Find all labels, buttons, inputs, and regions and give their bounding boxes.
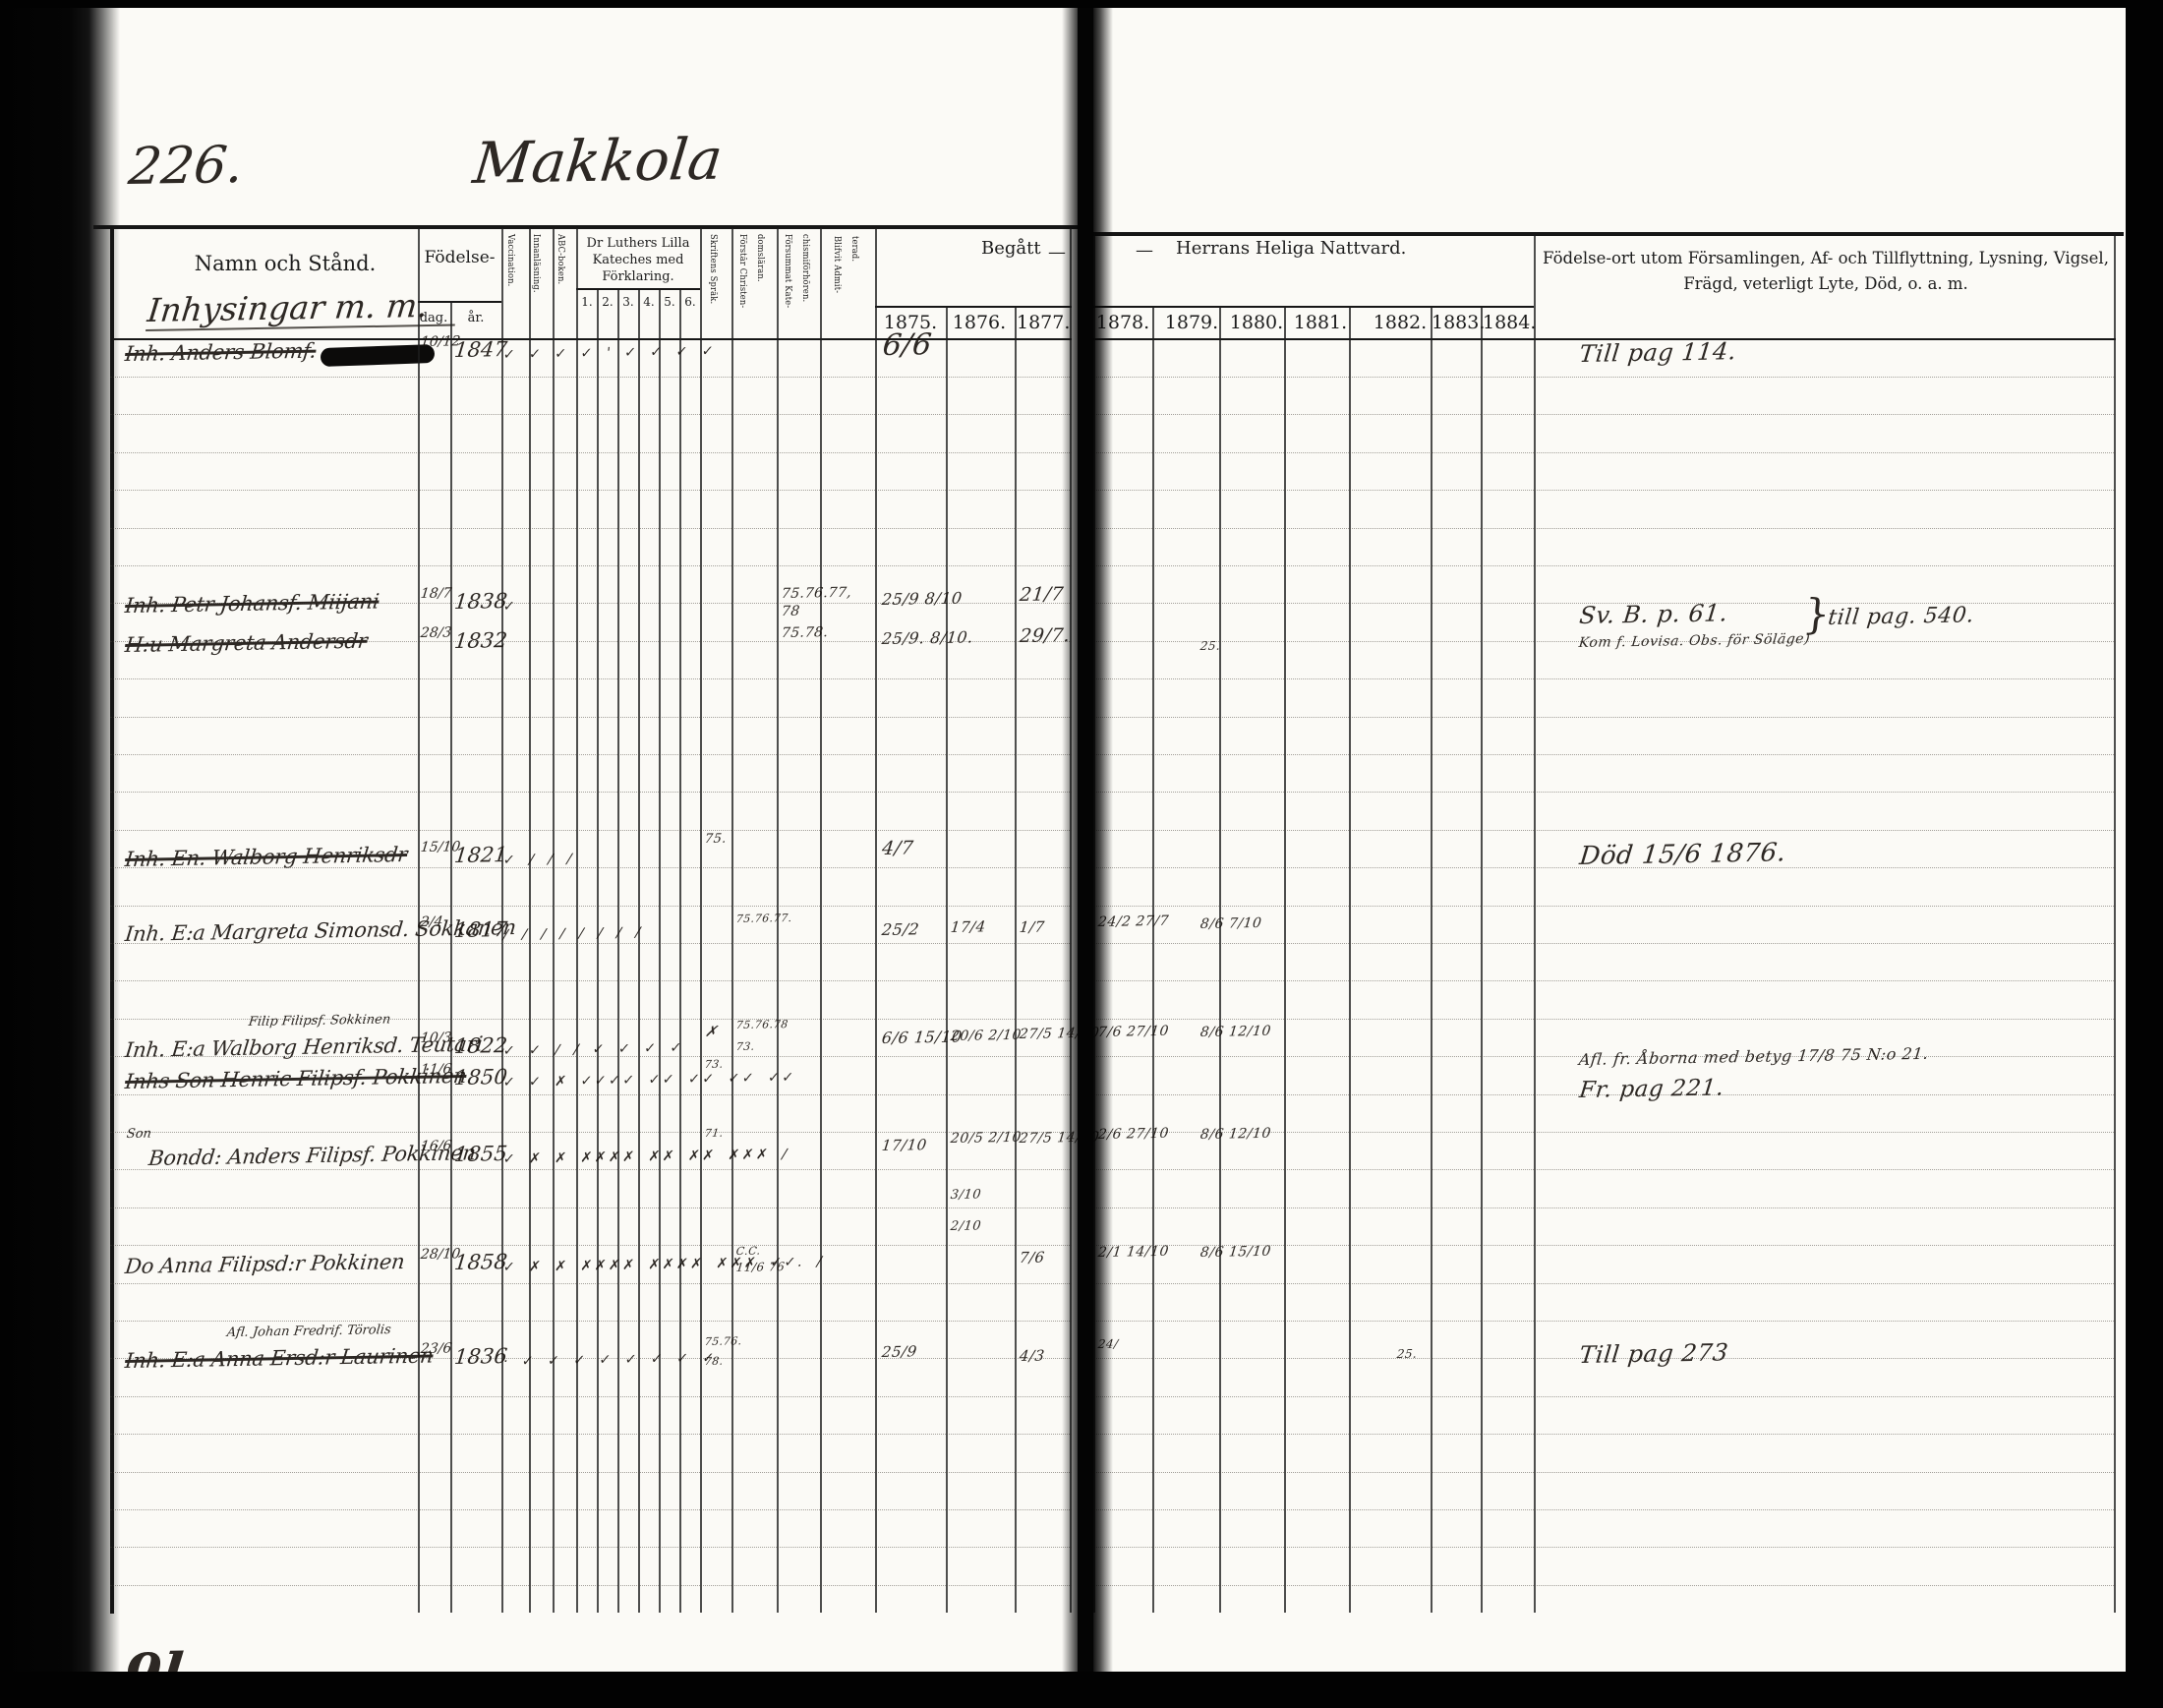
handwritten-annotation: 25/2 xyxy=(881,919,920,939)
column-line xyxy=(731,228,733,1613)
ruled-line xyxy=(110,1585,1072,1586)
ruled-line xyxy=(1093,792,2116,793)
handwritten-annotation: ✗ xyxy=(704,1023,719,1040)
handwritten-annotation: 75. xyxy=(704,832,728,847)
column-line xyxy=(1015,307,1017,1613)
year-1882: 1882. xyxy=(1373,312,1428,333)
handwritten-annotation: 21/7 xyxy=(1019,583,1065,606)
admitted-header-line1: Blifvit Admit- xyxy=(832,236,842,293)
column-line xyxy=(679,290,681,1613)
ruled-line xyxy=(1093,678,2116,679)
section-heading: Inhysingar m. m. xyxy=(146,286,459,331)
handwritten-annotation: 2/10 xyxy=(950,1218,982,1234)
handwritten-annotation: C.C. xyxy=(735,1245,761,1258)
column-line xyxy=(875,228,877,1613)
ruled-line xyxy=(1093,980,2116,981)
birth-year-entry: 1838 xyxy=(453,589,508,614)
birth-year-entry: 1858 xyxy=(453,1250,508,1274)
ruled-line xyxy=(110,490,1072,491)
birth-year-entry: 1821 xyxy=(453,843,508,867)
column-line xyxy=(1152,307,1154,1613)
handwritten-annotation: 4/3 xyxy=(1019,1347,1046,1365)
handwritten-annotation: 8/6 12/10 xyxy=(1199,1024,1272,1040)
ruled-line xyxy=(110,754,1072,755)
column-line xyxy=(576,228,578,1613)
handwritten-remark: till pag. 540. xyxy=(1827,603,1975,630)
handwritten-annotation: 17/4 xyxy=(950,917,987,936)
column-line xyxy=(450,301,452,1613)
missed-examination-header-line2: chismiförhören. xyxy=(800,234,810,302)
ruled-line xyxy=(1093,528,2116,529)
year-1876: 1876. xyxy=(950,312,1009,333)
column-line xyxy=(1481,307,1483,1613)
catechism-sub-1: 1. xyxy=(577,295,597,309)
column-line xyxy=(700,228,702,1613)
admitted-header-line2: terad. xyxy=(849,236,859,262)
handwritten-name-entry: H:u Margreta Andersdr xyxy=(124,629,369,657)
ruled-line xyxy=(110,1547,1072,1548)
ruled-line xyxy=(1093,414,2116,415)
year-1881: 1881. xyxy=(1292,312,1349,333)
year-1883: 1883. xyxy=(1432,312,1481,333)
ruled-line xyxy=(1093,1509,2116,1510)
birth-year-entry: 1832 xyxy=(453,628,508,653)
handwritten-remark: Fr. pag 221. xyxy=(1578,1075,1725,1103)
understands-doctrine-header-line2: domsläran. xyxy=(755,234,765,282)
check-marks-entry: / / / / / / / / xyxy=(502,925,643,943)
handwritten-annotation: 25/9. 8/10. xyxy=(881,627,974,648)
handwritten-annotation: 8/6 12/10 xyxy=(1199,1126,1272,1143)
ruled-line xyxy=(110,1472,1072,1473)
handwritten-remark: Till pag 273 xyxy=(1578,1338,1729,1369)
ruled-line xyxy=(110,906,1072,907)
communion-left-header: Begått xyxy=(981,238,1041,259)
handwritten-annotation: 25/9 xyxy=(881,1342,918,1361)
column-line xyxy=(1431,307,1432,1613)
birth-day-entry: 18/7 xyxy=(420,585,452,602)
birth-year-entry: 1855 xyxy=(453,1142,508,1166)
ruled-line xyxy=(110,1169,1072,1170)
birth-year-entry: 1836 xyxy=(453,1344,508,1369)
column-line xyxy=(597,290,599,1613)
handwritten-annotation: 73. xyxy=(704,1058,724,1071)
birth-column-header: Födelse- xyxy=(418,248,501,267)
ruled-line xyxy=(1093,1396,2116,1397)
handwritten-remark: Död 15/6 1876. xyxy=(1578,838,1787,871)
ruled-line xyxy=(1093,717,2116,718)
column-line xyxy=(1534,236,1536,1613)
handwritten-name-entry: Inh. En. Walborg Henriksdr xyxy=(124,843,408,871)
birth-day-entry: 2/4 xyxy=(420,914,443,930)
column-line xyxy=(1284,307,1286,1613)
handwritten-annotation: 75.76.77, xyxy=(781,585,852,602)
handwritten-annotation: 7/6 xyxy=(1019,1249,1046,1266)
ruled-line xyxy=(1093,452,2116,453)
handwritten-annotation: 4/7 xyxy=(881,837,914,859)
ruled-line xyxy=(110,1245,1072,1246)
birth-year-entry: 1817 xyxy=(453,917,508,942)
scan-bottom-edge xyxy=(0,1672,2163,1708)
handwritten-annotation: 75.76.77. xyxy=(735,912,792,925)
check-marks-entry: ✓ / / / xyxy=(502,852,575,868)
birth-day-entry: 10/3 xyxy=(420,1030,452,1046)
handwritten-remark: Sv. B. p. 61. xyxy=(1578,599,1729,629)
handwritten-annotation: 11/6 76 xyxy=(735,1260,786,1274)
handwritten-annotation: 8/6 7/10 xyxy=(1199,915,1262,932)
column-line xyxy=(2114,236,2116,1613)
ruled-line xyxy=(110,1283,1072,1284)
handwritten-note-above: Son xyxy=(126,1127,152,1142)
birth-year-entry: 1822 xyxy=(453,1033,508,1058)
begatt-underline xyxy=(875,306,1072,308)
handwritten-annotation: 25/9 8/10 xyxy=(881,589,964,609)
communion-right-header: Herrans Heliga Nattvard. xyxy=(1176,238,1406,259)
ruled-line xyxy=(1093,1472,2116,1473)
ruled-line xyxy=(110,1509,1072,1510)
handwritten-name-entry: Do Anna Filipsd:r Pokkinen xyxy=(124,1250,406,1278)
ruled-line xyxy=(1093,943,2116,944)
handwritten-annotation: 75.78. xyxy=(781,624,829,641)
ruled-line xyxy=(1093,906,2116,907)
handwritten-name-entry: Inh. Petr Johansf. Miijani xyxy=(124,590,380,618)
missed-examination-header-line1: Försummat Kate- xyxy=(783,234,792,308)
handwritten-annotation: 20/5 2/10 xyxy=(950,1130,1023,1147)
column-line xyxy=(553,228,555,1613)
ruled-line xyxy=(1093,377,2116,378)
table-top-border-left xyxy=(93,225,1079,229)
year-1877: 1877. xyxy=(1017,312,1068,333)
catechism-sub-3: 3. xyxy=(618,295,638,309)
ruled-line xyxy=(1093,1207,2116,1208)
ruled-line xyxy=(1093,1585,2116,1586)
handwritten-annotation: 8/6 15/10 xyxy=(1199,1244,1272,1261)
column-line xyxy=(659,290,661,1613)
birth-day-entry: 16/6 xyxy=(420,1138,452,1154)
handwritten-remark: Till pag 114. xyxy=(1578,337,1738,368)
handwritten-annotation: 3/10 xyxy=(950,1187,982,1203)
column-line xyxy=(638,290,640,1613)
ruled-line xyxy=(1093,565,2116,566)
handwritten-name-entry: Inh. Anders Blomf. xyxy=(124,339,318,366)
catechism-column-header: Dr Luthers Lilla Kateches med Förklaring… xyxy=(578,236,698,286)
ruled-line xyxy=(1093,1283,2116,1284)
handwritten-annotation: 75.76.78 xyxy=(735,1018,789,1031)
birth-year-entry: 1847 xyxy=(453,337,508,362)
ruled-line xyxy=(110,980,1072,981)
handwritten-annotation: 73. xyxy=(735,1040,755,1053)
column-line xyxy=(529,228,531,1613)
scanned-parish-register-page: 226. Makkola Namn och Stånd. Födelse- da… xyxy=(0,0,2163,1708)
ruled-line xyxy=(110,377,1072,378)
handwritten-annotation: 78 xyxy=(781,604,801,619)
ruled-line xyxy=(110,830,1072,831)
birth-day-entry: 28/3 xyxy=(420,624,452,641)
handwritten-annotation: 6/6 xyxy=(881,327,934,363)
ruled-line xyxy=(1093,1547,2116,1548)
birth-day-entry: 11/6 xyxy=(420,1061,452,1078)
ruled-line xyxy=(110,717,1072,718)
year-1884: 1884. xyxy=(1483,312,1532,333)
ruled-line xyxy=(1093,754,2116,755)
handwritten-annotation: 17/10 xyxy=(881,1136,928,1154)
handwritten-annotation: 25. xyxy=(1199,639,1221,653)
nattvard-underline xyxy=(1093,306,1534,308)
birth-year-entry: 1850 xyxy=(453,1065,508,1090)
communion-dash-right: — xyxy=(1136,240,1153,261)
column-line xyxy=(820,228,822,1613)
column-line xyxy=(1349,307,1351,1613)
column-line xyxy=(1219,307,1221,1613)
check-marks-entry: ✓ xyxy=(502,599,518,615)
scan-top-edge xyxy=(0,0,2163,8)
scan-left-edge xyxy=(0,0,120,1708)
column-line xyxy=(617,290,619,1613)
ruled-line xyxy=(110,1434,1072,1435)
handwritten-note-above: Filip Filipsf. Sokkinen xyxy=(248,1012,391,1030)
catechism-sub-5: 5. xyxy=(660,295,679,309)
scan-right-edge xyxy=(2126,0,2163,1708)
handwritten-annotation: 71. xyxy=(704,1127,724,1140)
ruled-line xyxy=(110,414,1072,415)
table-top-border-right xyxy=(1093,232,2124,236)
vaccination-column-header: Vaccination. xyxy=(505,234,515,286)
handwritten-annotation: 75.76. xyxy=(704,1334,742,1348)
ruled-line xyxy=(1093,1169,2116,1170)
birth-day-entry: 23/6 xyxy=(420,1340,452,1357)
ruled-line xyxy=(110,1396,1072,1397)
page-number: 226. xyxy=(126,136,246,197)
handwritten-annotation: 25. xyxy=(1396,1347,1418,1361)
ruled-line xyxy=(1093,830,2116,831)
abc-book-column-header: ABC-boken. xyxy=(555,234,565,284)
handwritten-annotation: 20/6 2/10 xyxy=(950,1028,1023,1044)
ruled-line xyxy=(1093,1019,2116,1020)
ruled-line xyxy=(110,1132,1072,1133)
catechism-sub-2: 2. xyxy=(598,295,617,309)
column-line xyxy=(946,307,948,1613)
scripture-language-column-header: Skriftens Språk. xyxy=(708,234,718,304)
page-title: Makkola xyxy=(470,126,726,197)
birth-year-header: år. xyxy=(450,311,501,325)
ruled-line xyxy=(1093,1434,2116,1435)
name-column-header: Namn och Stånd. xyxy=(175,252,395,275)
understands-doctrine-header-line1: Förstår Christen- xyxy=(737,234,747,308)
catechism-sub-6: 6. xyxy=(680,295,700,309)
ruled-line xyxy=(110,1094,1072,1095)
handwritten-note-above: Afl. Johan Fredrif. Törolis xyxy=(226,1323,391,1340)
ruled-line xyxy=(110,1321,1072,1322)
handwritten-annotation: 1/7 xyxy=(1019,918,1046,936)
year-1879: 1879. xyxy=(1164,312,1219,333)
ruled-line xyxy=(1093,1321,2116,1322)
handwritten-annotation: 78. xyxy=(704,1355,724,1368)
remarks-column-header: Födelse-ort utom Församlingen, Af- och T… xyxy=(1542,246,2110,296)
ruled-line xyxy=(110,565,1072,566)
check-marks-entry: ✓ ✓ / / ✓ ✓ ✓ ✓ xyxy=(502,1040,685,1059)
ruled-line xyxy=(110,792,1072,793)
ruled-line xyxy=(110,528,1072,529)
catechism-sub-4: 4. xyxy=(639,295,659,309)
ruled-line xyxy=(110,1207,1072,1208)
ruled-line xyxy=(110,678,1072,679)
reading-column-header: Innanläsning. xyxy=(531,234,541,293)
year-1880: 1880. xyxy=(1229,312,1284,333)
ruled-line xyxy=(110,452,1072,453)
book-gutter xyxy=(1078,6,1093,1676)
ruled-line xyxy=(1093,490,2116,491)
